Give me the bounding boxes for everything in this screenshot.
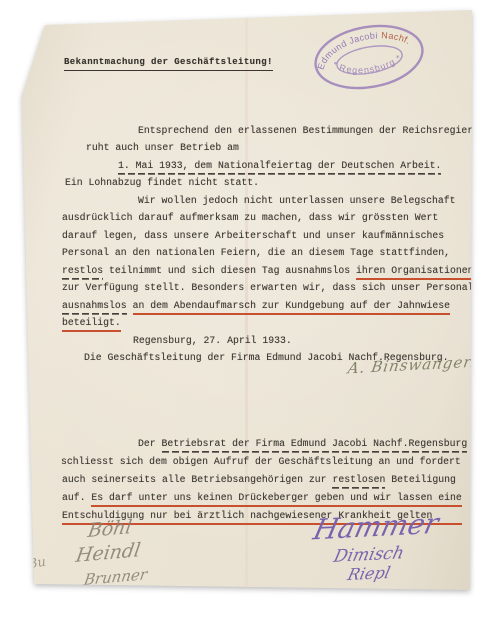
typed-text: Personal an den nationalen Feiern, die a… <box>62 247 450 259</box>
typed-line: ausnahmslos an dem Abendaufmarsch zur Ku… <box>62 300 450 315</box>
typed-text: auch seinerseits alle Betriebsangehörige… <box>62 474 332 486</box>
typed-line: auch seinerseits alle Betriebsangehörige… <box>62 474 456 489</box>
typed-line: beteiligt. <box>62 317 121 332</box>
handwritten-signature: Heindl <box>74 539 142 567</box>
typed-line: Wir wollen jedoch nicht unterlassen unse… <box>138 195 455 207</box>
page-background: { "colors": { "red_ink": "#c8502e", "sta… <box>0 0 493 619</box>
typed-underlined-text: Betriebsrat der Firma Edmund Jacobi Nach… <box>162 438 468 453</box>
handwritten-signature: Brunner <box>83 565 149 589</box>
typed-line: darauf legen, dass unsere Arbeiterschaft… <box>62 230 444 242</box>
typed-line: Regensburg, 27. April 1933. <box>133 335 292 347</box>
typed-text: teilnimmt und sich diesen Tag ausnahmslo… <box>103 265 356 277</box>
typed-line: ruht auch unser Betrieb am <box>86 142 239 154</box>
typed-text: Ein Lohnabzug findet nicht statt. <box>65 177 259 189</box>
typed-line: zur Verfügung stellt. Besonders erwarten… <box>62 282 474 294</box>
stamp-city: * Regensburg * <box>329 48 405 81</box>
typed-underlined-text: restlosen <box>332 474 385 489</box>
typed-line: schliesst sich dem obigen Aufruf der Ges… <box>61 456 461 468</box>
typed-text: auf. <box>62 492 91 504</box>
company-stamp-icon: Edmund Jacobi Nachf. * Regensburg * <box>306 12 432 101</box>
stamp-company-suffix: Nachf. <box>379 25 413 50</box>
typed-text: zur Verfügung stellt. Besonders erwarten… <box>62 282 474 294</box>
typed-text: ausdrücklich darauf aufmerksam zu machen… <box>62 212 438 224</box>
typed-underlined-text: 1. Mai 1933, dem Nationalfeiertag der De… <box>118 160 441 175</box>
typed-text: darauf legen, dass unsere Arbeiterschaft… <box>62 230 444 242</box>
typed-line: Personal an den nationalen Feiern, die a… <box>62 247 450 259</box>
typed-text: Der <box>138 438 162 450</box>
typed-line: 1. Mai 1933, dem Nationalfeiertag der De… <box>118 160 441 175</box>
document-paper: Bekanntmachung der Geschäftsleitung! Edm… <box>18 4 476 596</box>
typed-line: Ein Lohnabzug findet nicht statt. <box>65 177 259 189</box>
red-underlined-text: ihren Organisationen <box>356 265 474 280</box>
typed-text: Entsprechend den erlassenen Bestimmungen… <box>138 125 491 137</box>
typed-line: Entsprechend den erlassenen Bestimmungen… <box>138 125 491 137</box>
typed-line: restlos teilnimmt und sich diesen Tag au… <box>62 265 474 280</box>
red-underlined-text: Es darf unter uns keinen Drückeberger ge… <box>91 492 461 507</box>
red-underlined-text: an dem Abendaufmarsch zur Kundgebung auf… <box>133 300 450 315</box>
typed-line: auf. Es darf unter uns keinen Drückeberg… <box>62 492 462 507</box>
typed-text: ruht auch unser Betrieb am <box>86 142 239 154</box>
margin-pencil-note: Bu <box>27 555 47 573</box>
handwritten-signature: Riepl <box>346 563 392 584</box>
svg-text:* Regensburg *: * Regensburg * <box>329 48 405 81</box>
typed-underlined-text: ausnahmslos <box>62 300 127 315</box>
typed-text: Wir wollen jedoch nicht unterlassen unse… <box>138 195 455 207</box>
typed-line: Der Betriebsrat der Firma Edmund Jacobi … <box>138 438 467 453</box>
handwritten-signature: Hammer <box>310 507 442 547</box>
document-title: Bekanntmachung der Geschäftsleitung! <box>64 57 273 71</box>
document-paper-wrapper: Bekanntmachung der Geschäftsleitung! Edm… <box>18 4 476 596</box>
typed-line: ausdrücklich darauf aufmerksam zu machen… <box>62 212 438 224</box>
typed-text: Beteiligung <box>385 474 456 486</box>
typed-underlined-text: restlos <box>62 265 103 280</box>
typed-text: Regensburg, 27. April 1933. <box>133 335 292 347</box>
handwritten-signature: Böhl <box>86 516 133 542</box>
typed-text: schliesst sich dem obigen Aufruf der Ges… <box>61 456 461 468</box>
red-underlined-text: beteiligt. <box>62 317 121 332</box>
